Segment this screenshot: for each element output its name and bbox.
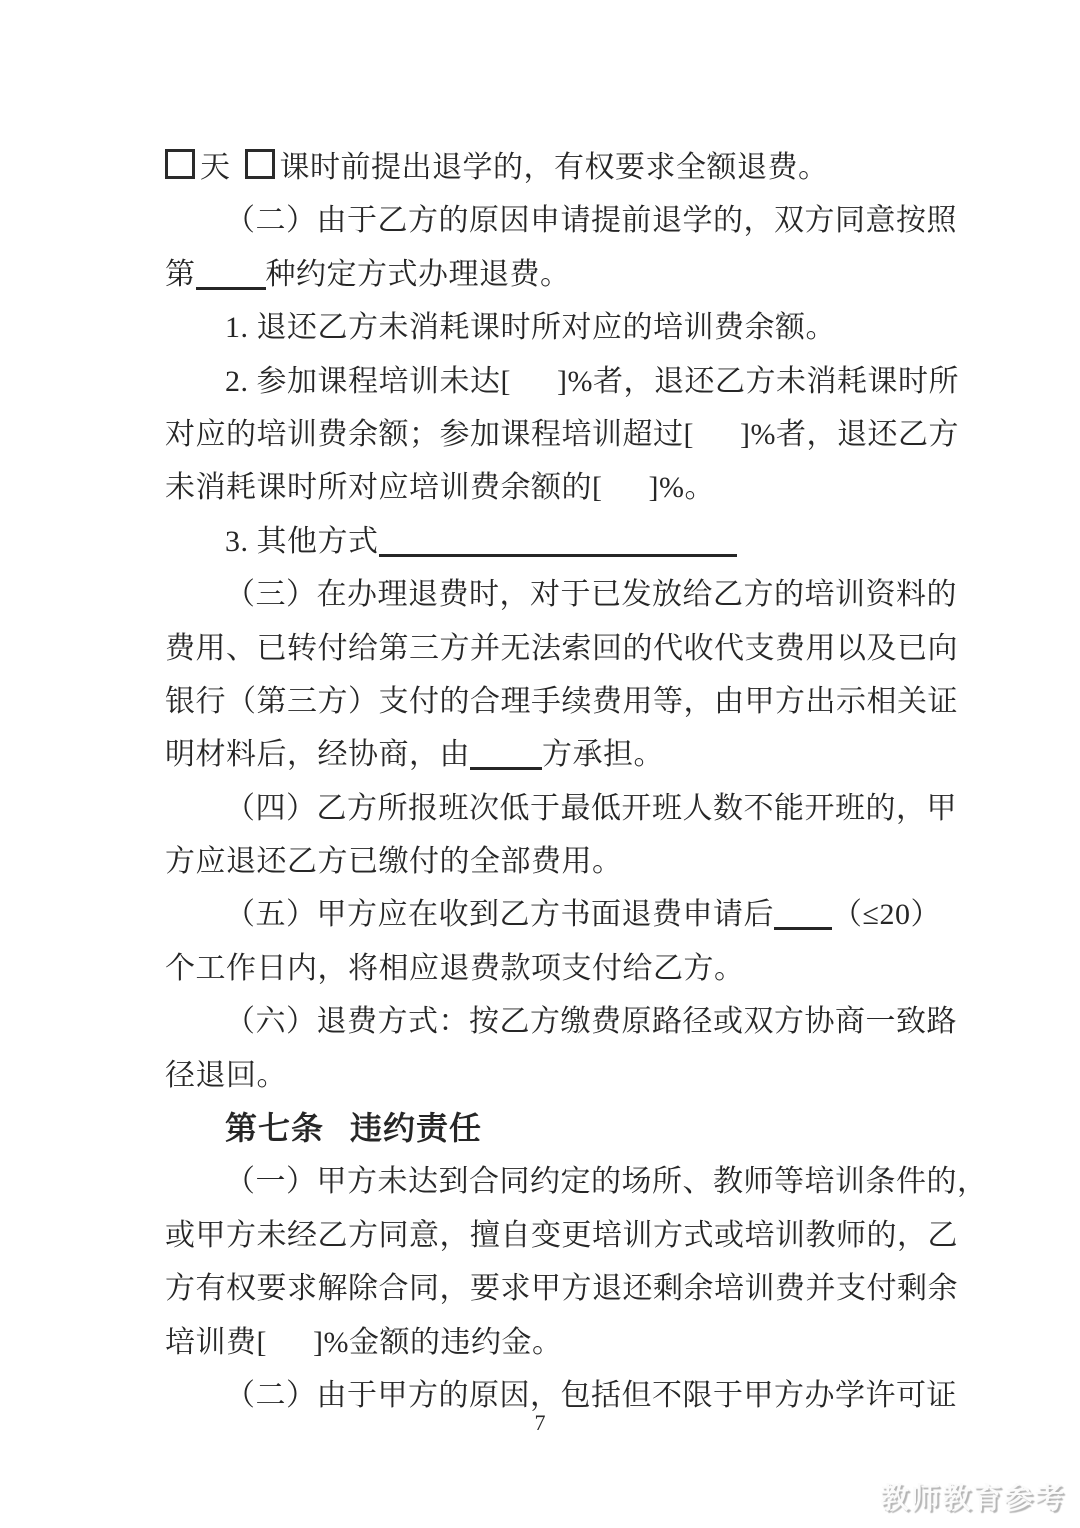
text-run: （二）由于甲方的原因，包括但不限于甲方办学许可证: [225, 1379, 957, 1412]
document-line: 方有权要求解除合同，要求甲方退还剩余培训费并支付剩余: [165, 1262, 935, 1315]
contract-page: 天课时前提出退学的，有权要求全额退费。（二）由于乙方的原因申请提前退学的，双方同…: [0, 0, 1080, 1528]
document-line: 费用、已转付给第三方并无法索回的代收代支费用以及已向: [165, 622, 935, 675]
document-line: 方应退还乙方已缴付的全部费用。: [165, 835, 935, 888]
document-line: 银行（第三方）支付的合理手续费用等，由甲方出示相关证: [165, 675, 935, 728]
text-run: 方应退还乙方已缴付的全部费用。: [165, 845, 623, 878]
checkbox-icon: [165, 149, 195, 179]
document-line: （六）退费方式：按乙方缴费原路径或双方协商一致路: [165, 995, 935, 1048]
text-run: ]%者，退还乙方未消耗课时所: [557, 365, 959, 398]
text-run: （一）甲方未达到合同约定的场所、教师等培训条件的，: [225, 1165, 988, 1198]
fill-in-blank: [470, 737, 542, 770]
document-line: （四）乙方所报班次低于最低开班人数不能开班的，甲: [165, 782, 935, 835]
document-line: 第种约定方式办理退费。: [165, 248, 935, 301]
spacer: [231, 176, 245, 177]
text-run: 径退回。: [165, 1059, 287, 1092]
fill-in-blank: [774, 897, 832, 930]
text-run: 1. 退还乙方未消耗课时所对应的培训费余额。: [225, 311, 836, 344]
document-line: 1. 退还乙方未消耗课时所对应的培训费余额。: [165, 301, 935, 354]
fill-in-blank: [379, 524, 737, 557]
text-run: 个工作日内，将相应退费款项支付给乙方。: [165, 952, 745, 985]
spacer: [694, 443, 740, 444]
spacer: [511, 390, 557, 391]
checkbox-icon: [245, 149, 275, 179]
page-number: 7: [0, 1410, 1080, 1436]
document-line: 径退回。: [165, 1049, 935, 1102]
text-run: 费用、已转付给第三方并无法索回的代收代支费用以及已向: [165, 632, 958, 665]
document-body: 天课时前提出退学的，有权要求全额退费。（二）由于乙方的原因申请提前退学的，双方同…: [165, 141, 935, 1422]
text-run: 培训费[: [165, 1326, 267, 1359]
document-line: 3. 其他方式: [165, 515, 935, 568]
text-run: 方承担。: [542, 738, 664, 771]
text-run: （五）甲方应在收到乙方书面退费申请后: [225, 898, 774, 931]
document-line: （一）甲方未达到合同约定的场所、教师等培训条件的，: [165, 1155, 935, 1208]
document-line: 未消耗课时所对应培训费余额的[]%。: [165, 461, 935, 514]
text-run: （二）由于乙方的原因申请提前退学的，双方同意按照: [225, 204, 957, 237]
document-line: （二）由于乙方的原因申请提前退学的，双方同意按照: [165, 194, 935, 247]
watermark: 教师教育参考: [880, 1476, 1066, 1517]
text-run: 或甲方未经乙方同意，擅自变更培训方式或培训教师的，乙: [165, 1219, 958, 1252]
section-heading: 第七条违约责任: [165, 1102, 935, 1155]
text-run: 课时前提出退学的，有权要求全额退费。: [280, 151, 829, 184]
text-run: 天: [200, 151, 231, 184]
text-run: 违约责任: [350, 1109, 482, 1147]
text-run: 第七条: [225, 1109, 324, 1147]
text-run: ]%金额的违约金。: [313, 1326, 562, 1359]
text-run: （≤20）: [832, 898, 941, 931]
text-run: （四）乙方所报班次低于最低开班人数不能开班的，甲: [225, 792, 957, 825]
text-run: （六）退费方式：按乙方缴费原路径或双方协商一致路: [225, 1005, 957, 1038]
document-line: （三）在办理退费时，对于已发放给乙方的培训资料的: [165, 568, 935, 621]
text-run: 第: [165, 258, 196, 291]
document-line: 培训费[]%金额的违约金。: [165, 1316, 935, 1369]
document-line: 明材料后，经协商，由方承担。: [165, 728, 935, 781]
text-run: 种约定方式办理退费。: [266, 258, 571, 291]
text-run: 对应的培训费余额；参加课程培训超过[: [165, 418, 694, 451]
spacer: [603, 496, 649, 497]
document-line: 天课时前提出退学的，有权要求全额退费。: [165, 141, 935, 194]
text-run: （三）在办理退费时，对于已发放给乙方的培训资料的: [225, 578, 957, 611]
text-run: 2. 参加课程培训未达[: [225, 365, 511, 398]
fill-in-blank: [196, 257, 266, 290]
document-line: 对应的培训费余额；参加课程培训超过[]%者，退还乙方: [165, 408, 935, 461]
document-line: 2. 参加课程培训未达[]%者，退还乙方未消耗课时所: [165, 355, 935, 408]
document-line: 个工作日内，将相应退费款项支付给乙方。: [165, 942, 935, 995]
document-line: （五）甲方应在收到乙方书面退费申请后（≤20）: [165, 888, 935, 941]
document-line: 或甲方未经乙方同意，擅自变更培训方式或培训教师的，乙: [165, 1209, 935, 1262]
text-run: 银行（第三方）支付的合理手续费用等，由甲方出示相关证: [165, 685, 958, 718]
text-run: 未消耗课时所对应培训费余额的[: [165, 471, 603, 504]
text-run: 明材料后，经协商，由: [165, 738, 470, 771]
text-run: ]%。: [649, 471, 715, 504]
spacer: [267, 1351, 313, 1352]
spacer: [324, 1138, 350, 1139]
text-run: 方有权要求解除合同，要求甲方退还剩余培训费并支付剩余: [165, 1272, 958, 1305]
text-run: ]%者，退还乙方: [740, 418, 959, 451]
text-run: 3. 其他方式: [225, 525, 379, 558]
